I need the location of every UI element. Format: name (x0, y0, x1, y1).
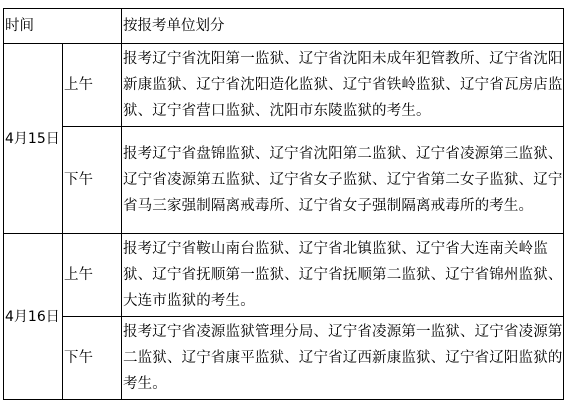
header-row: 时间 按报考单位划分 (4, 9, 564, 44)
units-cell: 报考辽宁省鞍山南台监狱、辽宁省北镇监狱、辽宁省大连南关岭监狱、辽宁省抚顺第一监狱… (122, 234, 564, 317)
table-row: 4月16日 上午 报考辽宁省鞍山南台监狱、辽宁省北镇监狱、辽宁省大连南关岭监狱、… (4, 234, 564, 317)
units-cell: 报考辽宁省凌源监狱管理分局、辽宁省凌源第一监狱、辽宁省凌源第二监狱、辽宁省康平监… (122, 317, 564, 400)
table-row: 下午 报考辽宁省凌源监狱管理分局、辽宁省凌源第一监狱、辽宁省凌源第二监狱、辽宁省… (4, 317, 564, 400)
period-cell: 下午 (63, 127, 122, 234)
header-division: 按报考单位划分 (122, 9, 564, 44)
header-time: 时间 (4, 9, 122, 44)
units-cell: 报考辽宁省盘锦监狱、辽宁省沈阳第二监狱、辽宁省凌源第三监狱、辽宁省凌源第五监狱、… (122, 127, 564, 234)
table-row: 下午 报考辽宁省盘锦监狱、辽宁省沈阳第二监狱、辽宁省凌源第三监狱、辽宁省凌源第五… (4, 127, 564, 234)
table-row: 4月15日 上午 报考辽宁省沈阳第一监狱、辽宁省沈阳未成年犯管教所、辽宁省沈阳新… (4, 44, 564, 127)
period-cell: 下午 (63, 317, 122, 400)
date-cell: 4月15日 (4, 44, 63, 234)
period-cell: 上午 (63, 234, 122, 317)
exam-schedule-table: 时间 按报考单位划分 4月15日 上午 报考辽宁省沈阳第一监狱、辽宁省沈阳未成年… (3, 8, 564, 400)
date-cell: 4月16日 (4, 234, 63, 400)
period-cell: 上午 (63, 44, 122, 127)
units-cell: 报考辽宁省沈阳第一监狱、辽宁省沈阳未成年犯管教所、辽宁省沈阳新康监狱、辽宁省沈阳… (122, 44, 564, 127)
